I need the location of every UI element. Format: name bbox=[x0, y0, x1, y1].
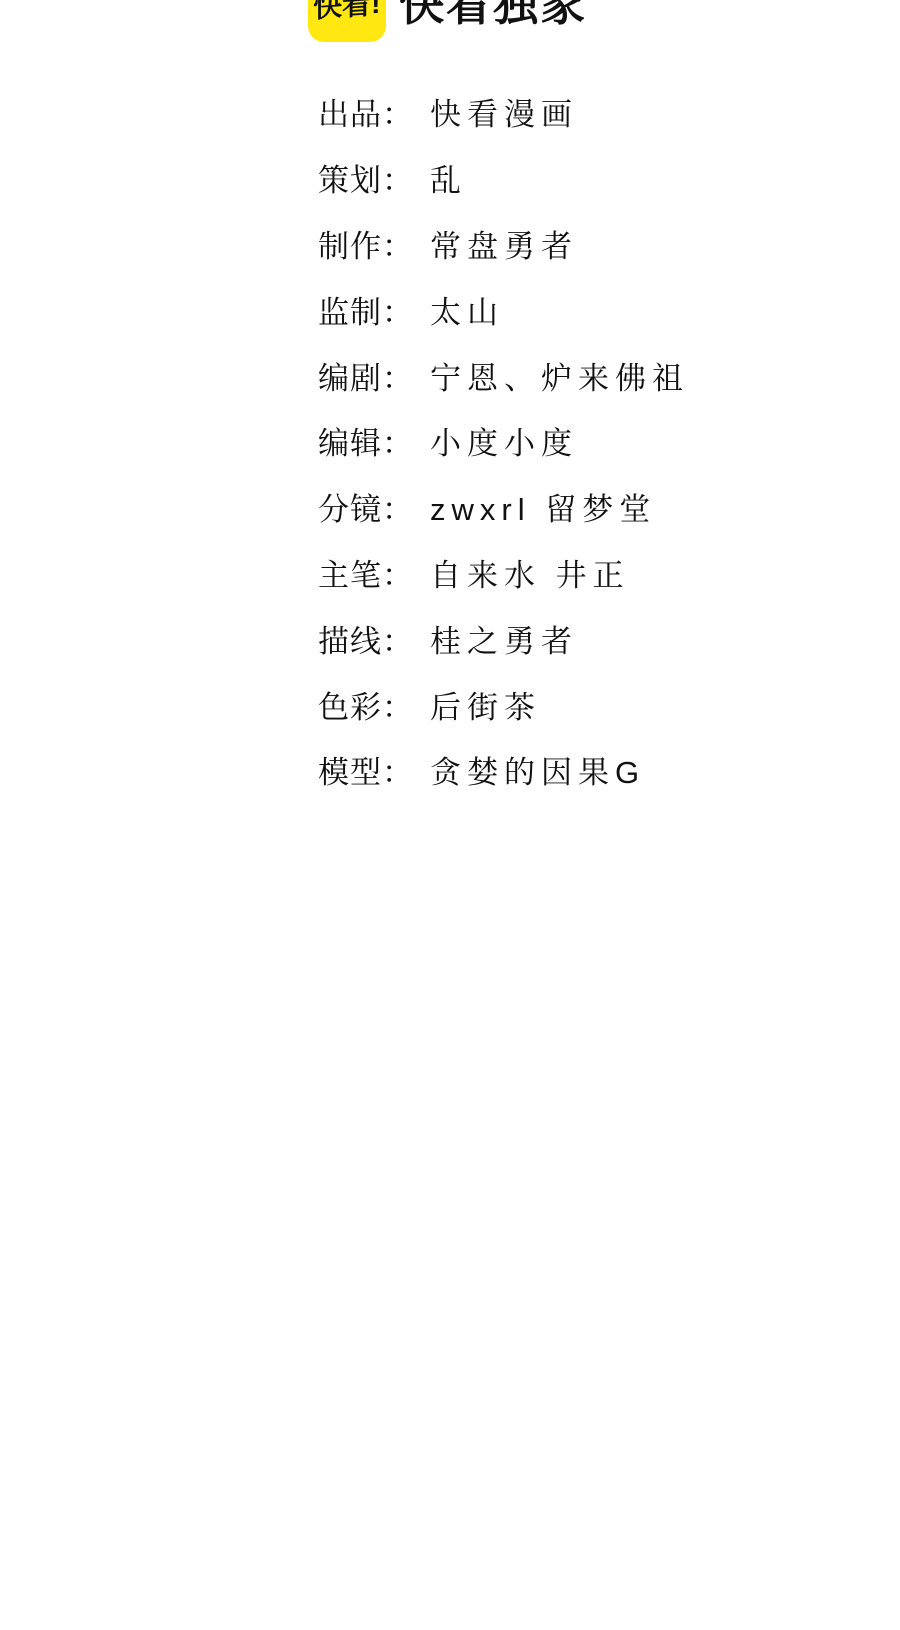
credit-row: 编剧： 宁恩、炉来佛祖 bbox=[0, 342, 900, 408]
credit-role-label: 制作： bbox=[318, 221, 430, 266]
kuaikan-logo: 快看! bbox=[308, 0, 386, 42]
credit-value: 小度小度 bbox=[430, 418, 578, 463]
credit-value: 快看漫画 bbox=[430, 89, 578, 134]
credit-role-label: 色彩： bbox=[318, 682, 430, 727]
credit-row: 策划： 乱 bbox=[0, 145, 900, 211]
credit-row: 色彩： 后街茶 bbox=[0, 671, 900, 737]
comic-credits-page: 快看! 快看独家 出品： 快看漫画 策划： 乱 制作： 常盘勇者 监制： 太山 … bbox=[0, 0, 900, 1630]
credit-value: 常盘勇者 bbox=[430, 221, 578, 266]
credit-row: 监制： 太山 bbox=[0, 276, 900, 342]
kuaikan-logo-text: 快看! bbox=[313, 0, 381, 23]
credit-row: 模型： 贪婪的因果G bbox=[0, 737, 900, 803]
credit-role-label: 主笔： bbox=[318, 550, 430, 595]
credit-role-label: 分镜： bbox=[318, 484, 430, 529]
credit-value: 太山 bbox=[430, 287, 504, 332]
credit-role-label: 出品： bbox=[318, 89, 430, 134]
credit-row: 分镜： zwxrl 留梦堂 bbox=[0, 474, 900, 540]
credit-role-label: 编剧： bbox=[318, 353, 430, 398]
credit-value: 宁恩、炉来佛祖 bbox=[430, 353, 689, 398]
credits-list: 出品： 快看漫画 策划： 乱 制作： 常盘勇者 监制： 太山 编剧： 宁恩、炉来… bbox=[0, 79, 900, 803]
credit-row: 编辑： 小度小度 bbox=[0, 408, 900, 474]
credit-value: 乱 bbox=[430, 155, 467, 200]
credit-value: zwxrl 留梦堂 bbox=[430, 484, 656, 529]
credit-role-label: 策划： bbox=[318, 155, 430, 200]
exclusive-banner-title: 快看独家 bbox=[399, 0, 587, 27]
credit-row: 主笔： 自来水 井正 bbox=[0, 540, 900, 606]
credit-value: 贪婪的因果G bbox=[430, 747, 645, 792]
credit-role-label: 模型： bbox=[318, 747, 430, 792]
credit-row: 制作： 常盘勇者 bbox=[0, 211, 900, 277]
credit-row: 描线： 桂之勇者 bbox=[0, 605, 900, 671]
credit-value: 后街茶 bbox=[430, 682, 541, 727]
credit-value: 自来水 井正 bbox=[430, 550, 630, 595]
credit-row: 出品： 快看漫画 bbox=[0, 79, 900, 145]
credit-value: 桂之勇者 bbox=[430, 616, 578, 661]
credit-role-label: 监制： bbox=[318, 287, 430, 332]
credit-role-label: 描线： bbox=[318, 616, 430, 661]
credit-role-label: 编辑： bbox=[318, 418, 430, 463]
